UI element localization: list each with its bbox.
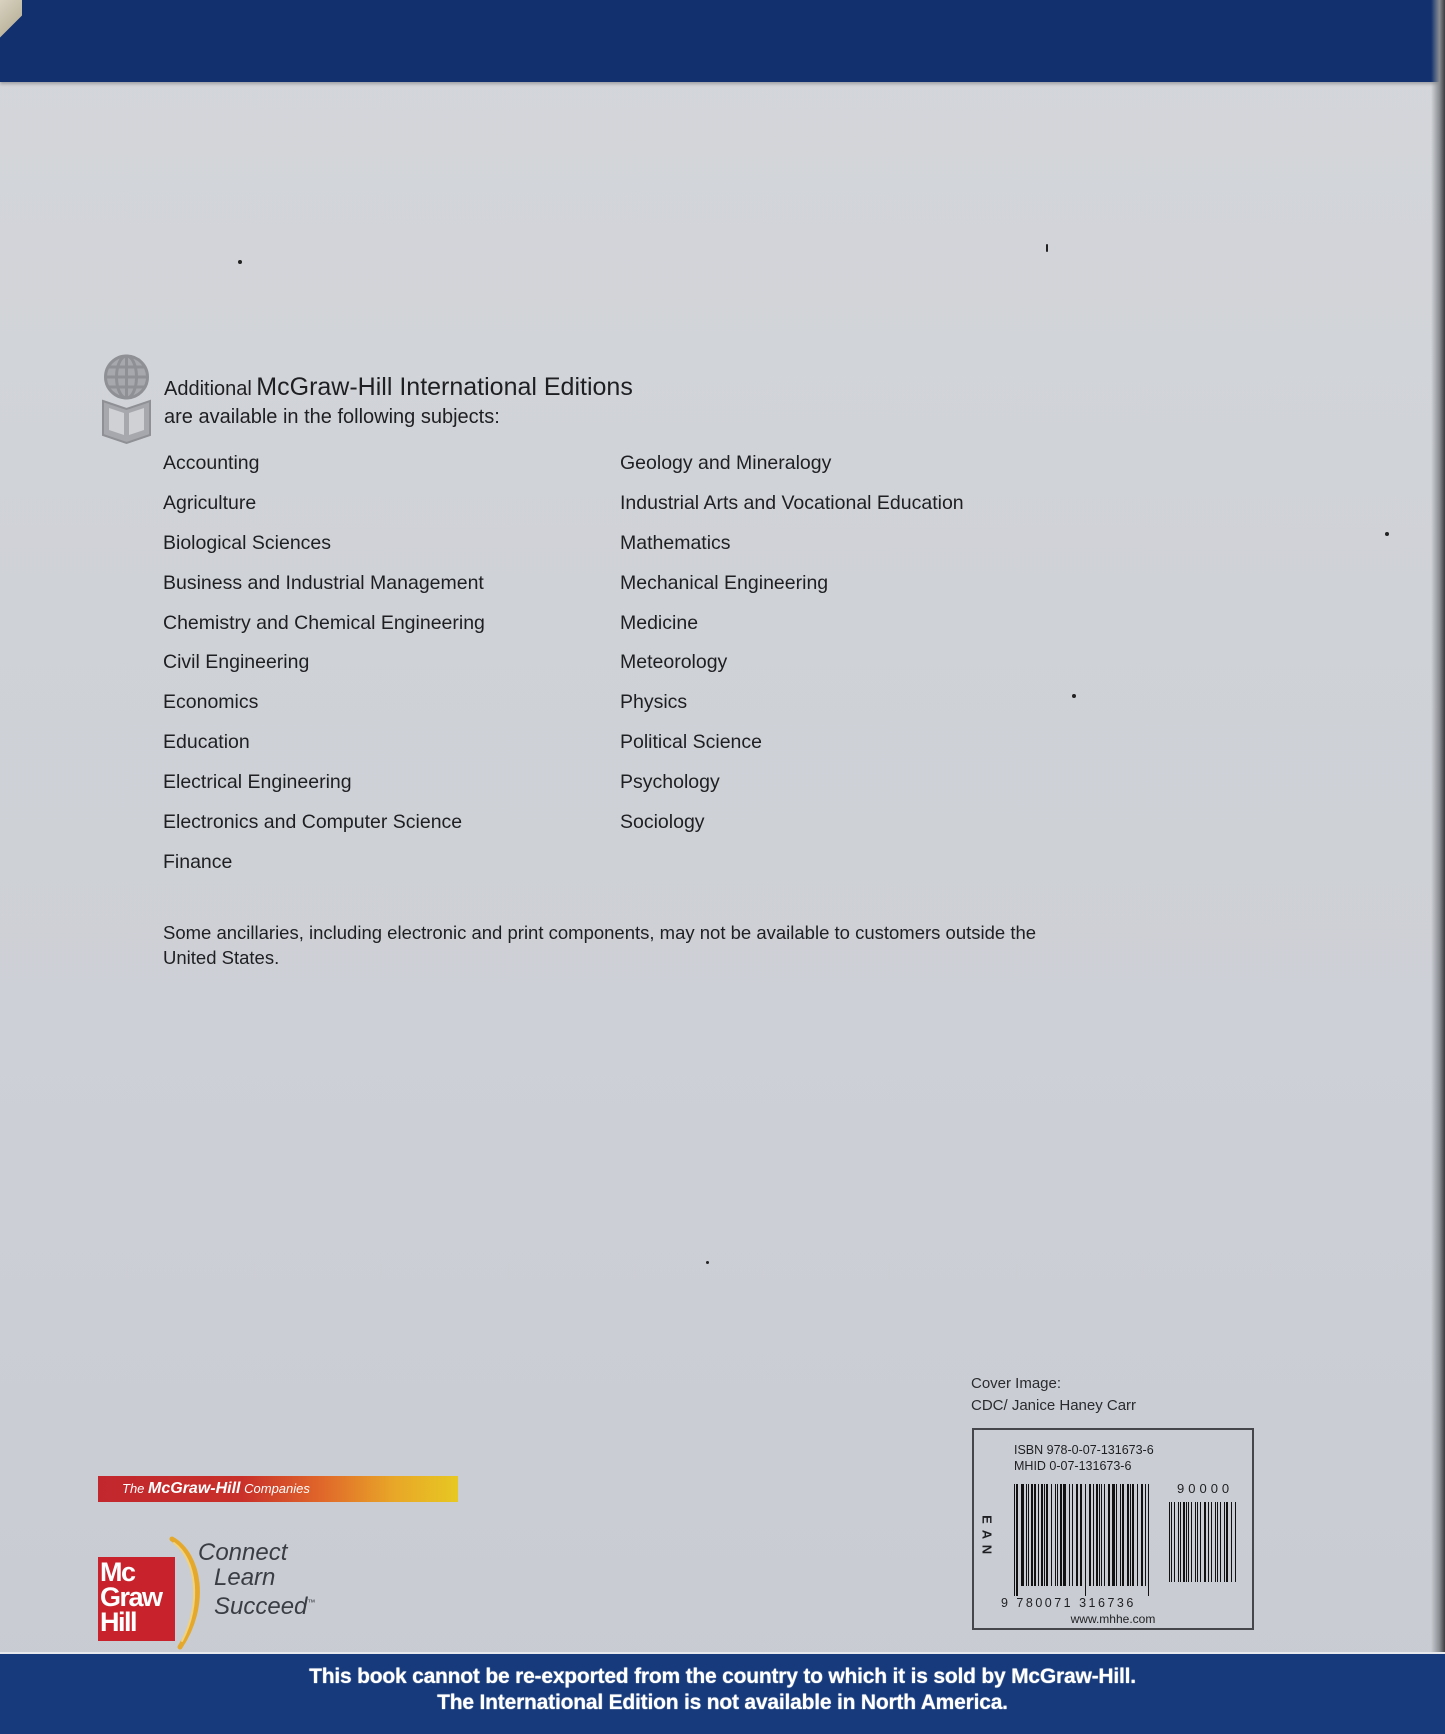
heading-prefix: Additional xyxy=(164,378,252,400)
subject-item: Biological Sciences xyxy=(163,531,485,571)
editions-heading: Additional McGraw-Hill International Edi… xyxy=(164,373,633,402)
dust-speck xyxy=(706,1261,709,1264)
barcode-panel: ISBN 978-0-07-131673-6 MHID 0-07-131673-… xyxy=(972,1428,1254,1630)
subject-item: Electronics and Computer Science xyxy=(163,810,485,850)
subject-item: Sociology xyxy=(620,810,964,850)
barcode-addon-icon xyxy=(1169,1502,1239,1592)
isbn-text: ISBN 978-0-07-131673-6 xyxy=(1014,1442,1154,1458)
cover-image-credit: Cover Image: CDC/ Janice Haney Carr xyxy=(971,1373,1136,1417)
publisher-url: www.mhhe.com xyxy=(974,1612,1252,1626)
barcode-digits: 9 780071 316736 xyxy=(1001,1596,1136,1610)
globe-book-icon xyxy=(99,353,154,445)
subject-item: Political Science xyxy=(620,730,964,770)
subject-item: Medicine xyxy=(620,611,964,651)
barcode-main-icon xyxy=(1014,1484,1152,1596)
cover-credit-label: Cover Image: xyxy=(971,1373,1136,1395)
subject-item: Geology and Mineralogy xyxy=(620,451,964,491)
subject-item: Business and Industrial Management xyxy=(163,571,485,611)
companies-prefix: The xyxy=(122,1481,144,1496)
isbn-block: ISBN 978-0-07-131673-6 MHID 0-07-131673-… xyxy=(1014,1442,1154,1474)
tagline-succeed-wrap: Succeed™ xyxy=(214,1590,315,1619)
dust-speck xyxy=(1072,694,1076,698)
subject-item: Mechanical Engineering xyxy=(620,571,964,611)
top-color-band xyxy=(0,0,1445,82)
trademark-symbol: ™ xyxy=(307,1598,315,1607)
subject-item: Economics xyxy=(163,690,485,730)
subject-item: Psychology xyxy=(620,770,964,810)
subject-item: Electrical Engineering xyxy=(163,770,485,810)
dust-speck xyxy=(238,260,242,264)
export-notice-line-2: The International Edition is not availab… xyxy=(0,1690,1445,1716)
tagline: Connect Learn Succeed™ xyxy=(198,1540,315,1619)
subject-item: Accounting xyxy=(163,451,485,491)
heading-subtitle: are available in the following subjects: xyxy=(164,406,500,429)
tagline-learn: Learn xyxy=(214,1565,315,1590)
cover-edge xyxy=(1431,0,1445,1734)
subject-item: Physics xyxy=(620,690,964,730)
subject-list-right: Geology and MineralogyIndustrial Arts an… xyxy=(620,451,964,850)
subject-list-left: AccountingAgricultureBiological Sciences… xyxy=(163,451,485,890)
subject-item: Chemistry and Chemical Engineering xyxy=(163,611,485,651)
companies-name: McGraw-Hill xyxy=(148,1480,240,1497)
dust-speck xyxy=(1385,532,1389,536)
barcode-addon-digits: 90000 xyxy=(1177,1481,1233,1496)
dust-speck xyxy=(1046,244,1048,252)
mhid-text: MHID 0-07-131673-6 xyxy=(1014,1458,1154,1474)
ancillaries-note: Some ancillaries, including electronic a… xyxy=(163,920,1063,970)
export-notice-band: This book cannot be re-exported from the… xyxy=(0,1652,1445,1734)
worn-corner xyxy=(0,0,22,40)
subject-item: Mathematics xyxy=(620,531,964,571)
subject-item: Industrial Arts and Vocational Education xyxy=(620,491,964,531)
subject-item: Civil Engineering xyxy=(163,650,485,690)
heading-brand-title: McGraw-Hill International Editions xyxy=(256,373,633,401)
subject-item: Agriculture xyxy=(163,491,485,531)
subject-item: Finance xyxy=(163,850,485,890)
tagline-succeed: Succeed xyxy=(214,1593,307,1620)
subject-item: Meteorology xyxy=(620,650,964,690)
subject-item: Education xyxy=(163,730,485,770)
mcgraw-hill-companies-bar: The McGraw-Hill Companies xyxy=(98,1476,458,1502)
export-notice-line-1: This book cannot be re-exported from the… xyxy=(0,1664,1445,1690)
ean-label: EAN xyxy=(980,1512,994,1557)
tagline-connect: Connect xyxy=(198,1540,315,1565)
companies-suffix: Companies xyxy=(244,1481,310,1496)
cover-credit-value: CDC/ Janice Haney Carr xyxy=(971,1395,1136,1417)
